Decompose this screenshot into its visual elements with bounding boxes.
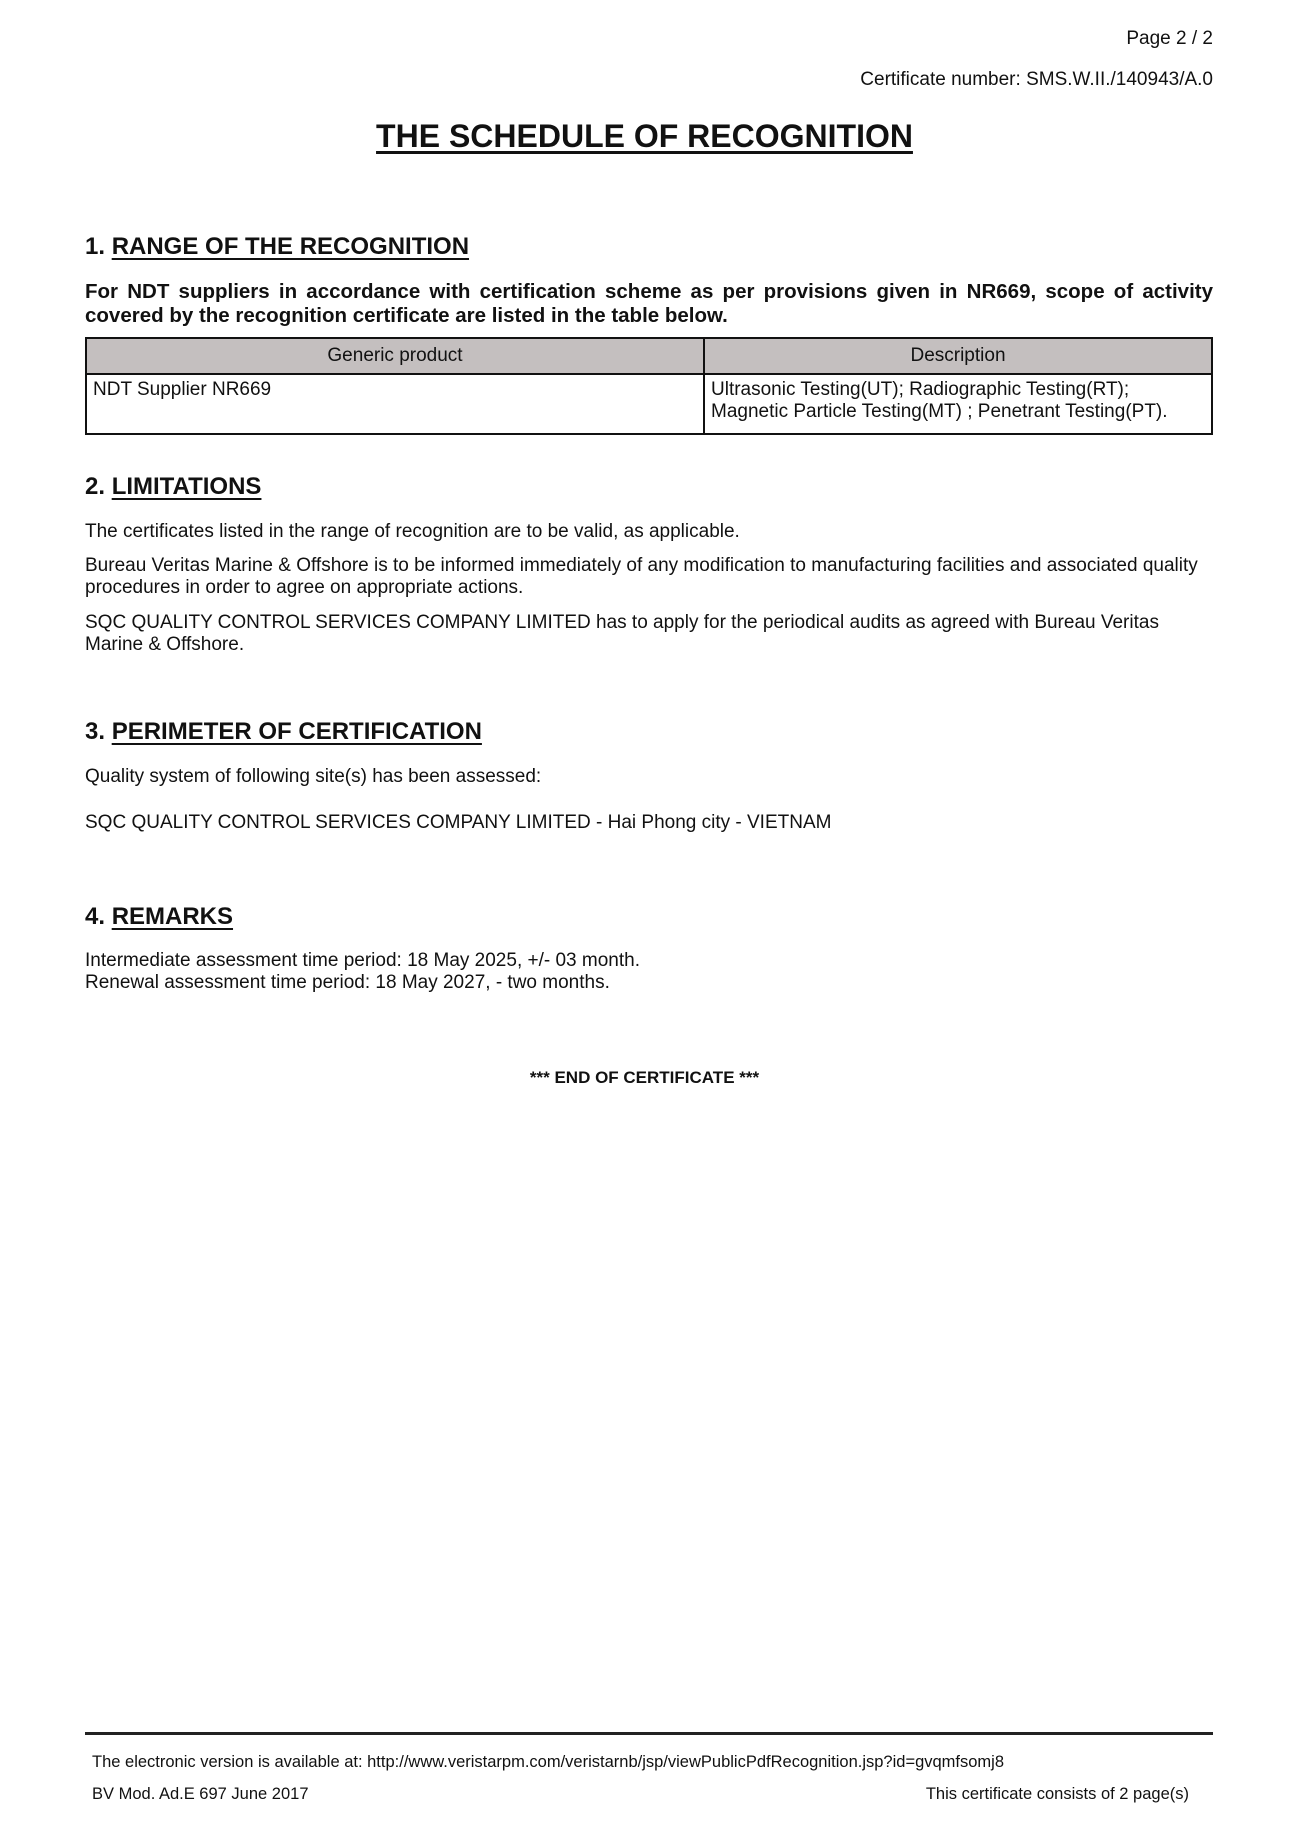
remark-intermediate-assessment: Intermediate assessment time period: 18 … xyxy=(85,950,1213,972)
generic-product-cell: NDT Supplier NR669 xyxy=(86,374,704,434)
section-number: 2. xyxy=(85,473,105,500)
document-title: THE SCHEDULE OF RECOGNITION xyxy=(0,118,1289,155)
table-row: NDT Supplier NR669 Ultrasonic Testing(UT… xyxy=(86,374,1212,434)
electronic-version-link[interactable]: The electronic version is available at: … xyxy=(92,1753,1004,1772)
range-intro: For NDT suppliers in accordance with cer… xyxy=(85,280,1213,328)
assessed-site: SQC QUALITY CONTROL SERVICES COMPANY LIM… xyxy=(85,812,1213,834)
column-header-generic-product: Generic product xyxy=(86,338,704,374)
section-number: 1. xyxy=(85,233,105,260)
perimeter-intro: Quality system of following site(s) has … xyxy=(85,766,1213,788)
description-cell: Ultrasonic Testing(UT); Radiographic Tes… xyxy=(704,374,1212,434)
section-number: 4. xyxy=(85,903,105,930)
section-3-heading: 3. PERIMETER OF CERTIFICATION xyxy=(85,718,482,746)
section-1-heading: 1. RANGE OF THE RECOGNITION xyxy=(85,233,469,261)
description-line: Magnetic Particle Testing(MT) ; Penetran… xyxy=(711,401,1205,423)
form-reference: BV Mod. Ad.E 697 June 2017 xyxy=(92,1785,309,1804)
limitation-paragraph: SQC QUALITY CONTROL SERVICES COMPANY LIM… xyxy=(85,612,1213,656)
limitation-paragraph: Bureau Veritas Marine & Offshore is to b… xyxy=(85,555,1213,599)
section-4-heading: 4. REMARKS xyxy=(85,903,233,931)
section-title: RANGE OF THE RECOGNITION xyxy=(112,233,469,260)
section-title: PERIMETER OF CERTIFICATION xyxy=(112,718,482,745)
end-of-certificate: *** END OF CERTIFICATE *** xyxy=(0,1068,1289,1088)
column-header-description: Description xyxy=(704,338,1212,374)
section-title: REMARKS xyxy=(112,903,233,930)
footer-divider xyxy=(85,1732,1213,1735)
scope-table: Generic product Description NDT Supplier… xyxy=(85,337,1213,435)
limitation-paragraph: The certificates listed in the range of … xyxy=(85,521,1213,543)
description-line: Ultrasonic Testing(UT); Radiographic Tes… xyxy=(711,379,1205,401)
page-number: Page 2 / 2 xyxy=(1126,28,1213,50)
remark-renewal-assessment: Renewal assessment time period: 18 May 2… xyxy=(85,972,1213,994)
section-title: LIMITATIONS xyxy=(112,473,262,500)
page-count-note: This certificate consists of 2 page(s) xyxy=(926,1785,1189,1804)
section-2-heading: 2. LIMITATIONS xyxy=(85,473,261,501)
section-number: 3. xyxy=(85,718,105,745)
document-title-text: THE SCHEDULE OF RECOGNITION xyxy=(376,118,913,154)
certificate-number: Certificate number: SMS.W.II./140943/A.0 xyxy=(860,69,1213,91)
